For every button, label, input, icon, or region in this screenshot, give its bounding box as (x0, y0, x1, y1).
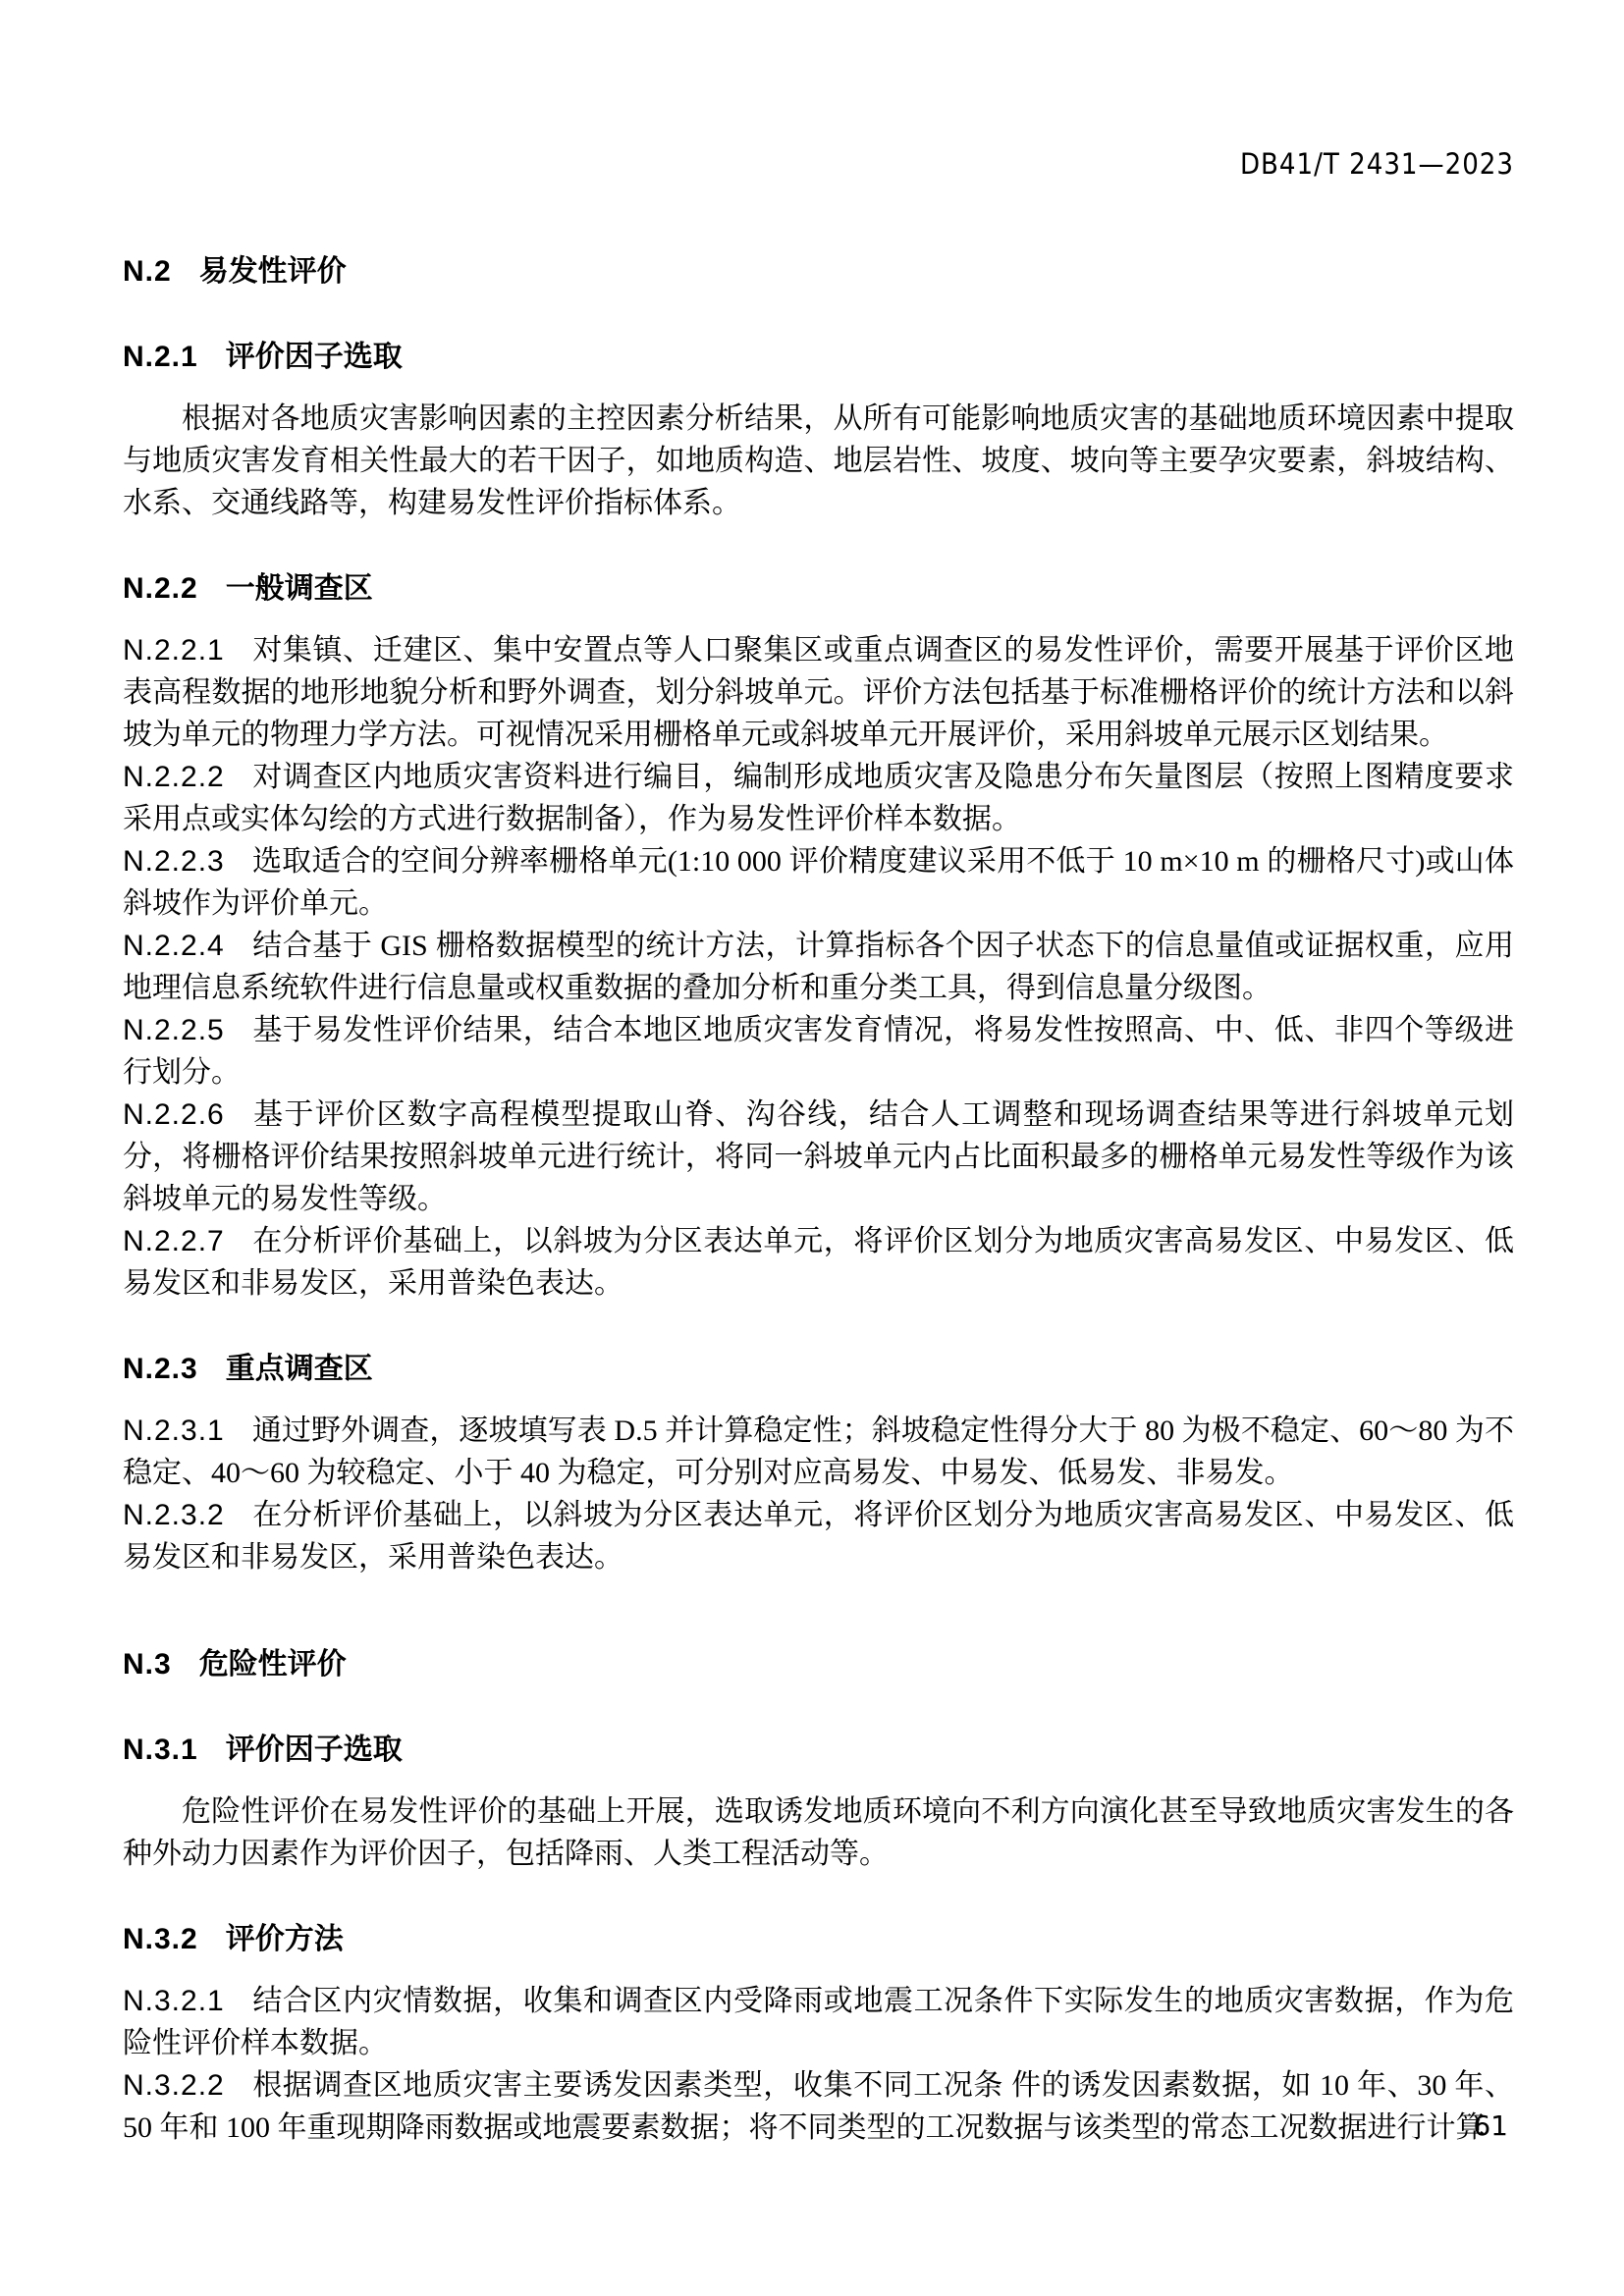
clause-number: N.2 (123, 255, 172, 288)
clause-number: N.3.1 (123, 1734, 198, 1766)
numbered-clause: N.2.2.4结合基于 GIS 栅格数据模型的统计方法，计算指标各个因子状态下的… (123, 925, 1514, 1009)
numbered-clause: N.3.2.1结合区内灾情数据，收集和调查区内受降雨或地震工况条件下实际发生的地… (123, 1980, 1514, 2064)
heading-title: 重点调查区 (226, 1353, 373, 1385)
subsection-heading: N.2.3重点调查区 (123, 1348, 1514, 1390)
document-content: DB41/T 2431—2023 N.2易发性评价N.2.1评价因子选取根据对各… (123, 0, 1514, 2149)
clause-number: N.2.2.3 (123, 845, 225, 878)
clause-text: 选取适合的空间分辨率栅格单元(1:10 000 评价精度建议采用不低于 10 m… (123, 845, 1514, 920)
clause-text: 基于评价区数字高程模型提取山脊、沟谷线，结合人工调整和现场调查结果等进行斜坡单元… (123, 1098, 1514, 1215)
clause-text: 根据调查区地质灾害主要诱发因素类型，收集不同工况条 件的诱发因素数据，如 10 … (123, 2069, 1514, 2144)
section-heading: N.3危险性评价 (123, 1643, 1514, 1685)
clause-number: N.3.2 (123, 1923, 198, 1955)
heading-title: 评价因子选取 (226, 341, 403, 373)
numbered-clause: N.3.2.2根据调查区地质灾害主要诱发因素类型，收集不同工况条 件的诱发因素数… (123, 2064, 1514, 2149)
clause-text: 对集镇、迁建区、集中安置点等人口聚集区或重点调查区的易发性评价，需要开展基于评价… (123, 634, 1514, 751)
subsection-heading: N.2.1评价因子选取 (123, 336, 1514, 378)
numbered-clause: N.2.2.5基于易发性评价结果，结合本地区地质灾害发育情况，将易发性按照高、中… (123, 1009, 1514, 1094)
numbered-clause: N.2.2.2对调查区内地质灾害资料进行编目，编制形成地质灾害及隐患分布矢量图层… (123, 756, 1514, 840)
clause-number: N.2.3.1 (123, 1415, 225, 1447)
clause-text: 通过野外调查，逐坡填写表 D.5 并计算稳定性；斜坡稳定性得分大于 80 为极不… (123, 1415, 1514, 1489)
paragraph: 危险性评价在易发性评价的基础上开展，选取诱发地质环境向不利方向演化甚至导致地质灾… (123, 1790, 1514, 1875)
document-page: DB41/T 2431—2023 N.2易发性评价N.2.1评价因子选取根据对各… (0, 0, 1624, 2296)
clause-number: N.2.2 (123, 572, 198, 605)
standard-code-header: DB41/T 2431—2023 (123, 143, 1514, 186)
clause-number: N.2.3.2 (123, 1499, 225, 1531)
heading-title: 易发性评价 (199, 255, 347, 288)
subsection-heading: N.3.1评价因子选取 (123, 1729, 1514, 1771)
clause-number: N.2.2.1 (123, 634, 225, 667)
clause-number: N.2.2.5 (123, 1014, 225, 1046)
clause-text: 对调查区内地质灾害资料进行编目，编制形成地质灾害及隐患分布矢量图层（按照上图精度… (123, 761, 1514, 835)
clause-number: N.2.2.4 (123, 930, 225, 962)
clause-text: 基于易发性评价结果，结合本地区地质灾害发育情况，将易发性按照高、中、低、非四个等… (123, 1014, 1514, 1089)
clause-text: 在分析评价基础上，以斜坡为分区表达单元，将评价区划分为地质灾害高易发区、中易发区… (123, 1225, 1514, 1300)
clause-number: N.2.2.6 (123, 1098, 225, 1131)
numbered-clause: N.2.2.7在分析评价基础上，以斜坡为分区表达单元，将评价区划分为地质灾害高易… (123, 1220, 1514, 1305)
clause-text: 根据对各地质灾害影响因素的主控因素分析结果，从所有可能影响地质灾害的基础地质环境… (123, 402, 1514, 519)
heading-title: 一般调查区 (226, 572, 373, 605)
heading-title: 危险性评价 (199, 1648, 347, 1681)
clause-number: N.2.1 (123, 341, 198, 373)
clause-number: N.3.2.1 (123, 1985, 225, 2017)
numbered-clause: N.2.2.3选取适合的空间分辨率栅格单元(1:10 000 评价精度建议采用不… (123, 840, 1514, 925)
numbered-clause: N.2.2.6基于评价区数字高程模型提取山脊、沟谷线，结合人工调整和现场调查结果… (123, 1094, 1514, 1220)
clause-text: 在分析评价基础上，以斜坡为分区表达单元，将评价区划分为地质灾害高易发区、中易发区… (123, 1499, 1514, 1574)
subsection-heading: N.2.2一般调查区 (123, 567, 1514, 610)
clause-text: 结合区内灾情数据，收集和调查区内受降雨或地震工况条件下实际发生的地质灾害数据，作… (123, 1985, 1514, 2059)
clause-text: 危险性评价在易发性评价的基础上开展，选取诱发地质环境向不利方向演化甚至导致地质灾… (123, 1795, 1514, 1870)
page-number: 61 (1473, 2105, 1508, 2147)
clause-number: N.3 (123, 1648, 172, 1681)
section-heading: N.2易发性评价 (123, 250, 1514, 293)
subsection-heading: N.3.2评价方法 (123, 1918, 1514, 1960)
heading-title: 评价因子选取 (226, 1734, 403, 1766)
clause-number: N.3.2.2 (123, 2069, 225, 2102)
clause-text: 结合基于 GIS 栅格数据模型的统计方法，计算指标各个因子状态下的信息量值或证据… (123, 930, 1514, 1004)
clause-number: N.2.2.2 (123, 761, 225, 793)
clause-number: N.2.3 (123, 1353, 198, 1385)
numbered-clause: N.2.2.1对集镇、迁建区、集中安置点等人口聚集区或重点调查区的易发性评价，需… (123, 629, 1514, 756)
clause-number: N.2.2.7 (123, 1225, 225, 1257)
numbered-clause: N.2.3.1通过野外调查，逐坡填写表 D.5 并计算稳定性；斜坡稳定性得分大于… (123, 1410, 1514, 1494)
paragraph: 根据对各地质灾害影响因素的主控因素分析结果，从所有可能影响地质灾害的基础地质环境… (123, 398, 1514, 524)
numbered-clause: N.2.3.2在分析评价基础上，以斜坡为分区表达单元，将评价区划分为地质灾害高易… (123, 1494, 1514, 1578)
heading-title: 评价方法 (226, 1923, 344, 1955)
